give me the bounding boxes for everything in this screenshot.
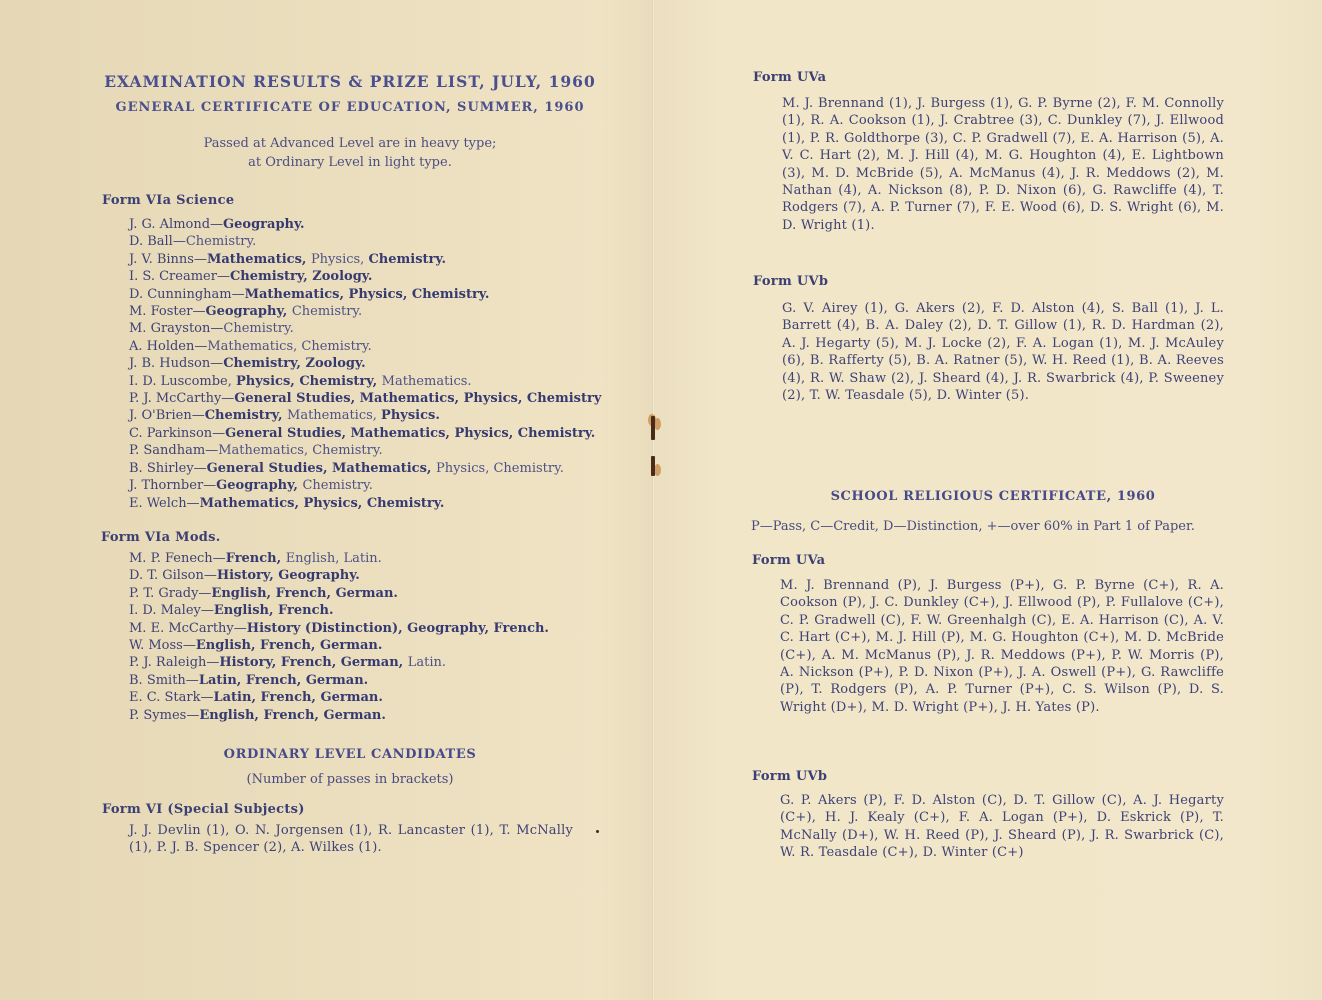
advanced-subjects: Chemistry, [205,408,287,423]
list-item: M. E. McCarthy—History (Distinction), Ge… [129,620,549,637]
list-item: P. J. Raleigh—History, French, German, L… [129,654,549,671]
student-name: D. T. Gilson— [129,568,217,583]
student-name: J. V. Binns— [129,252,207,267]
student-name: E. Welch— [129,496,200,511]
form-uvb-heading: Form UVb [753,274,828,289]
student-name: J. Thornber— [129,478,216,493]
advanced-subjects: History (Distinction), Geography, French… [247,621,549,636]
list-item: I. D. Luscombe, Physics, Chemistry, Math… [129,373,601,390]
student-name: J. O'Brien— [129,408,205,423]
advanced-subjects: English, French, German. [211,586,398,601]
staple-icon [649,414,659,444]
list-item: A. Holden—Mathematics, Chemistry. [129,338,601,355]
right-page: Form UVa M. J. Brennand (1), J. Burgess … [653,0,1322,1000]
list-item: P. T. Grady—English, French, German. [129,585,549,602]
note-line-2: at Ordinary Level in light type. [100,153,600,172]
advanced-subjects: Latin, French, German. [213,690,382,705]
religious-form-uvb-list: G. P. Akers (P), F. D. Alston (C), D. T.… [780,792,1224,862]
list-item: M. Grayston—Chemistry. [129,320,601,337]
advanced-subjects: Geography, [206,304,292,319]
student-name: D. Cunningham— [129,287,245,302]
student-name: P. J. Raleigh— [129,655,219,670]
list-item: P. Symes—English, French, German. [129,707,549,724]
list-item: E. Welch—Mathematics, Physics, Chemistry… [129,495,601,512]
advanced-subjects: Chemistry, Zoology. [230,269,372,284]
student-name: M. P. Fenech— [129,551,226,566]
advanced-subjects: Chemistry, Zoology. [223,356,365,371]
list-item: M. Foster—Geography, Chemistry. [129,303,601,320]
religious-grade-key: P—Pass, C—Credit, D—Distinction, +—over … [751,519,1229,534]
ordinary-subjects: Mathematics. [382,374,472,389]
advanced-subjects: English, French, German. [199,708,386,723]
document-title: EXAMINATION RESULTS & PRIZE LIST, JULY, … [100,72,600,91]
student-name: P. Symes— [129,708,199,723]
list-item: E. C. Stark—Latin, French, German. [129,689,549,706]
form-via-mods-list: M. P. Fenech—French, English, Latin.D. T… [129,550,549,724]
student-name: M. Foster— [129,304,206,319]
student-name: E. C. Stark— [129,690,213,705]
list-item: P. Sandham—Mathematics, Chemistry. [129,442,601,459]
list-item: C. Parkinson—General Studies, Mathematic… [129,425,601,442]
list-item: I. S. Creamer—Chemistry, Zoology. [129,268,601,285]
form-uva-heading: Form UVa [753,70,826,85]
religious-form-uva-heading: Form UVa [752,553,825,568]
student-name: A. Holden— [129,339,207,354]
ordinary-subjects: Latin. [408,655,446,670]
advanced-subjects: Geography. [223,217,305,232]
ordinary-level-title: ORDINARY LEVEL CANDIDATES [100,747,600,762]
student-name: M. E. McCarthy— [129,621,247,636]
student-name: C. Parkinson— [129,426,225,441]
ordinary-subjects: English, Latin. [286,551,382,566]
form-uva-list: M. J. Brennand (1), J. Burgess (1), G. P… [782,95,1224,234]
ordinary-subjects: Mathematics, Chemistry. [218,443,382,458]
ordinary-subjects: Chemistry. [302,478,372,493]
advanced-subjects: History, French, German, [219,655,407,670]
student-name: I. D. Luscombe, [129,374,236,389]
ordinary-subjects: Chemistry. [223,321,293,336]
student-name: I. S. Creamer— [129,269,230,284]
form-via-science-list: J. G. Almond—Geography.D. Ball—Chemistry… [129,216,601,512]
student-name: W. Moss— [129,638,196,653]
ink-speck [596,830,599,833]
list-item: D. Ball—Chemistry. [129,233,601,250]
list-item: M. P. Fenech—French, English, Latin. [129,550,549,567]
religious-form-uvb-heading: Form UVb [752,769,827,784]
list-item: J. V. Binns—Mathematics, Physics, Chemis… [129,251,601,268]
advanced-subjects: Mathematics, [207,252,311,267]
list-item: D. Cunningham—Mathematics, Physics, Chem… [129,286,601,303]
advanced-subjects: General Studies, Mathematics, Physics, C… [234,391,601,406]
advanced-subjects: General Studies, Mathematics, [207,461,436,476]
ordinary-subjects: Mathematics, [287,408,381,423]
advanced-subjects: Physics, Chemistry, [236,374,382,389]
student-name: P. J. McCarthy— [129,391,234,406]
ordinary-subjects: Physics, Chemistry. [436,461,564,476]
form-uvb-list: G. V. Airey (1), G. Akers (2), F. D. Als… [782,300,1224,404]
ordinary-subjects: Mathematics, Chemistry. [207,339,371,354]
student-name: D. Ball— [129,234,186,249]
religious-certificate-title: SCHOOL RELIGIOUS CERTIFICATE, 1960 [743,489,1243,504]
student-name: J. B. Hudson— [129,356,223,371]
type-legend-note: Passed at Advanced Level are in heavy ty… [100,134,600,172]
form-vi-special-heading: Form VI (Special Subjects) [102,802,305,817]
advanced-subjects: Chemistry. [368,252,446,267]
list-item: J. B. Hudson—Chemistry, Zoology. [129,355,601,372]
student-name: B. Smith— [129,673,199,688]
book-spine-fold [652,0,654,1000]
student-name: B. Shirley— [129,461,207,476]
religious-form-uva-list: M. J. Brennand (P), J. Burgess (P+), G. … [780,577,1224,716]
document-subtitle: GENERAL CERTIFICATE OF EDUCATION, SUMMER… [100,100,600,115]
student-name: J. G. Almond— [129,217,223,232]
advanced-subjects: Geography, [216,478,302,493]
form-vi-special-list: J. J. Devlin (1), O. N. Jorgensen (1), R… [129,822,573,857]
left-page: EXAMINATION RESULTS & PRIZE LIST, JULY, … [0,0,653,1000]
advanced-subjects: History, Geography. [217,568,360,583]
form-via-mods-heading: Form VIa Mods. [101,530,221,545]
note-line-1: Passed at Advanced Level are in heavy ty… [100,134,600,153]
student-name: M. Grayston— [129,321,223,336]
list-item: J. G. Almond—Geography. [129,216,601,233]
list-item: J. Thornber—Geography, Chemistry. [129,477,601,494]
ordinary-subjects: Physics, [311,252,369,267]
advanced-subjects: Mathematics, Physics, Chemistry. [245,287,490,302]
list-item: W. Moss—English, French, German. [129,637,549,654]
list-item: B. Smith—Latin, French, German. [129,672,549,689]
ordinary-level-subtitle: (Number of passes in brackets) [100,772,600,787]
list-item: J. O'Brien—Chemistry, Mathematics, Physi… [129,407,601,424]
staple-icon [649,456,659,482]
list-item: B. Shirley—General Studies, Mathematics,… [129,460,601,477]
advanced-subjects: Mathematics, Physics, Chemistry. [200,496,445,511]
list-item: P. J. McCarthy—General Studies, Mathemat… [129,390,601,407]
list-item: I. D. Maley—English, French. [129,602,549,619]
advanced-subjects: French, [226,551,286,566]
form-via-science-heading: Form VIa Science [102,193,234,208]
student-name: P. Sandham— [129,443,218,458]
ordinary-subjects: Chemistry. [186,234,256,249]
advanced-subjects: General Studies, Mathematics, Physics, C… [225,426,595,441]
advanced-subjects: Latin, French, German. [199,673,368,688]
advanced-subjects: Physics. [381,408,440,423]
student-name: P. T. Grady— [129,586,211,601]
advanced-subjects: English, French, German. [196,638,383,653]
list-item: D. T. Gilson—History, Geography. [129,567,549,584]
advanced-subjects: English, French. [214,603,334,618]
student-name: I. D. Maley— [129,603,214,618]
ordinary-subjects: Chemistry. [292,304,362,319]
